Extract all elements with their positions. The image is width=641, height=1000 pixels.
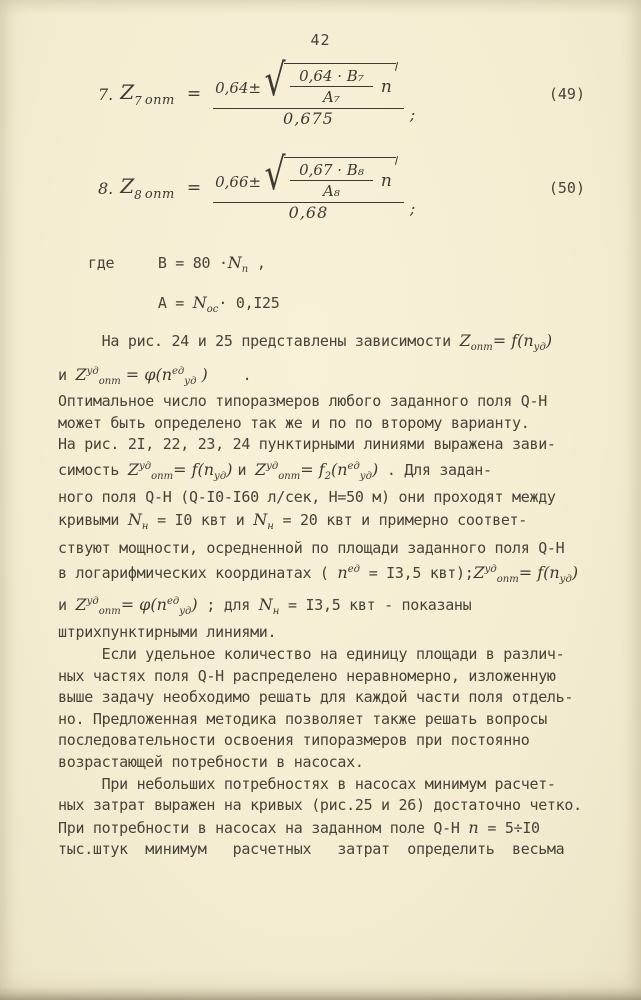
typed-text: и (58, 596, 75, 614)
text-line: ных затрат выражен на кривых (рис.25 и 2… (58, 795, 582, 817)
handwritten-text: Z (255, 460, 266, 479)
text-line: Если удельное количество на единицу площ… (58, 644, 582, 666)
typed-text: На рис. 24 и 25 представлены зависимости (58, 332, 460, 350)
text-line: тыс.штук минимум расчетных затрат опреде… (58, 839, 582, 861)
handwritten-text: уд (214, 471, 226, 482)
root-power: n (381, 77, 392, 97)
inner-numerator: 0,67 · B₈ (290, 161, 373, 181)
handwritten-text: уд (139, 461, 151, 472)
scan-edge-shadow (0, 987, 641, 1000)
lhs-subscript: 8 (134, 188, 142, 202)
radical-sign-icon: √ (265, 61, 286, 101)
page-number: 42 (0, 31, 641, 49)
handwritten-text: ос (207, 304, 219, 315)
typed-text: . Для задан- (378, 461, 492, 479)
handwritten-text: опт (99, 376, 121, 387)
typed-text: При небольших потребностях в насосах мин… (58, 775, 556, 793)
typed-text: , (248, 254, 265, 272)
typed-text: тыс.штук минимум расчетных затрат опреде… (58, 840, 564, 858)
inner-fraction: 0,64 · B₇ A₇ (290, 67, 373, 106)
equation-49: 7. Z7опт = 0,64± √ 0,64 · B₇ A₇ n 0,675 (0, 60, 641, 128)
handwritten-text: ед (172, 366, 184, 377)
typed-text: где B = 80 · (88, 254, 228, 272)
coefficient: 0,64± (215, 79, 261, 106)
equation-punctuation: ; (410, 199, 415, 218)
lhs-opt-label: опт (145, 93, 175, 108)
typed-text: и (58, 366, 75, 384)
text-line: где B = 80 ·Nп , (88, 246, 280, 286)
radicand: 0,67 · B₈ A₈ n (284, 157, 396, 200)
handwritten-text: N (228, 253, 242, 272)
handwritten-text: N (128, 510, 142, 529)
text-line: и Zудопт = φ(nедуд ) . (58, 360, 552, 394)
radicand: 0,64 · B₇ A₇ n (284, 63, 396, 106)
text-line: выше задачу необходимо решать для каждой… (58, 687, 582, 709)
inner-denominator: A₇ (290, 87, 373, 106)
root-power: n (381, 171, 392, 191)
equation-lhs: Z7опт (120, 80, 175, 108)
typed-text: = 20 квт и примерно соответ- (274, 511, 527, 529)
inner-denominator: A₈ (290, 181, 373, 200)
handwritten-text: = φ(n (121, 595, 167, 614)
handwritten-text: н (267, 521, 274, 532)
handwritten-text: уд (87, 366, 99, 377)
lhs-symbol: Z (120, 80, 134, 104)
handwritten-text: ед (348, 461, 360, 472)
handwritten-text: опт (278, 471, 300, 482)
inner-numerator: 0,64 · B₇ (290, 67, 373, 87)
equation-number: (49) (549, 85, 585, 103)
text-line: и Zудопт= φ(nедуд) ; для Nн = I3,5 квт -… (58, 591, 582, 623)
handwritten-text: ) (572, 563, 578, 582)
handwritten-text: ) (546, 331, 552, 350)
equation-lhs: Z8опт (120, 174, 175, 202)
text-line: ных частях поля Q-Н распределено неравно… (58, 666, 582, 688)
handwritten-text: Z (75, 595, 86, 614)
equation-index: 7. (98, 85, 113, 104)
text-line: в логарифмических координатах ( nед = I3… (58, 559, 582, 591)
handwritten-text: уд (179, 606, 191, 617)
typed-text: симость (58, 461, 128, 479)
typed-text: ного поля Q-Н (Q-I0-I60 л/сек, Н=50 м) о… (58, 488, 556, 506)
fraction-denominator: 0,675 (283, 106, 334, 128)
handwritten-text: опт (497, 574, 519, 585)
fraction-numerator: 0,66± √ 0,67 · B₈ A₈ n (213, 154, 404, 203)
handwritten-text: ед (348, 564, 360, 575)
text-line: последовательности освоения типоразмеров… (58, 730, 582, 752)
handwritten-text: опт (151, 471, 173, 482)
text-line: штрихпунктирными линиями. (58, 622, 582, 644)
handwritten-text: ед (167, 596, 179, 607)
typed-text: кривыми (58, 511, 128, 529)
typed-text: = 5÷I0 (479, 819, 540, 837)
typed-text: Если удельное количество на единицу площ… (58, 645, 564, 663)
lhs-subscript: 7 (134, 94, 142, 108)
handwritten-text: уд (560, 574, 572, 585)
fraction: 0,64± √ 0,64 · B₇ A₇ n 0,675 (213, 60, 404, 128)
handwritten-text: уд (534, 342, 546, 353)
typed-text: Оптимальное число типоразмеров любого за… (58, 392, 547, 410)
inner-fraction: 0,67 · B₈ A₈ (290, 161, 373, 200)
typed-text: ствуют мощности, осредненной по площади … (58, 539, 564, 557)
handwritten-text: = f(n (173, 460, 214, 479)
fraction-denominator: 0,68 (289, 200, 329, 222)
text-line: При небольших потребностях в насосах мин… (58, 774, 582, 796)
typed-text: и (238, 461, 255, 479)
handwritten-text: n (337, 563, 347, 582)
text-line: А = Nос· 0,I25 (88, 286, 280, 326)
typed-text: На рис. 2I, 22, 23, 24 пунктирными линия… (58, 435, 556, 453)
equation-punctuation: ; (410, 105, 415, 124)
equation-50: 8. Z8опт = 0,66± √ 0,67 · B₈ A₈ n 0,68 (0, 154, 641, 222)
handwritten-text: N (253, 510, 267, 529)
handwritten-text: ) (196, 365, 207, 384)
typed-text: А = (88, 294, 193, 312)
handwritten-text: (n (331, 460, 348, 479)
handwritten-text: ) (226, 460, 237, 479)
typed-text: ных частях поля Q-Н распределено неравно… (58, 667, 556, 685)
typed-text: = I3,5 квт - показаны (279, 596, 471, 614)
typed-text: = I3,5 квт); (360, 564, 474, 582)
typed-text: выше задачу необходимо решать для каждой… (58, 688, 573, 706)
text-line: Оптимальное число типоразмеров любого за… (58, 391, 582, 413)
typed-text: При потребности в насосах на заданном по… (58, 819, 468, 837)
handwritten-text: = f (300, 460, 324, 479)
scanned-paper-page: 42 7. Z7опт = 0,64± √ 0,64 · B₇ A₇ n (0, 0, 641, 1000)
text-line: кривыми Nн = I0 квт и Nн = 20 квт и прим… (58, 509, 582, 538)
typed-text: . (208, 366, 252, 384)
typed-text: = I0 квт и (148, 511, 253, 529)
text-line: На рис. 2I, 22, 23, 24 пунктирными линия… (58, 434, 582, 456)
handwritten-text: = f(n (493, 331, 534, 350)
typed-text: в логарифмических координатах ( (58, 564, 337, 582)
handwritten-text: Z (460, 331, 471, 350)
handwritten-text: N (193, 293, 207, 312)
handwritten-text: опт (99, 606, 121, 617)
handwritten-text: уд (485, 564, 497, 575)
text-line: возрастающей потребности в насосах. (58, 752, 582, 774)
fraction-numerator: 0,64± √ 0,64 · B₇ A₇ n (213, 60, 404, 109)
fraction: 0,66± √ 0,67 · B₈ A₈ n 0,68 (213, 154, 404, 222)
typed-text: возрастающей потребности в насосах. (58, 753, 364, 771)
handwritten-text: уд (266, 461, 278, 472)
handwritten-text: уд (184, 376, 196, 387)
where-definitions: где B = 80 ·Nп , А = Nос· 0,I25 (88, 246, 280, 326)
lhs-symbol: Z (120, 174, 134, 198)
handwritten-text: Z (473, 563, 484, 582)
handwritten-text: Z (75, 365, 86, 384)
coefficient: 0,66± (215, 173, 261, 200)
text-line: но. Предложенная методика позволяет такж… (58, 709, 582, 731)
handwritten-text: опт (471, 342, 493, 353)
equation-index: 8. (98, 179, 113, 198)
text-line: симость Zудопт= f(nуд) и Zудопт= f2(nеду… (58, 456, 582, 488)
text-line: ного поля Q-Н (Q-I0-I60 л/сек, Н=50 м) о… (58, 487, 582, 509)
handwritten-text: = φ(n (121, 365, 172, 384)
equals-sign: = (187, 178, 201, 198)
equals-sign: = (187, 84, 201, 104)
handwritten-text: Z (128, 460, 139, 479)
typed-text: штрихпунктирными линиями. (58, 623, 276, 641)
body-paragraphs: Оптимальное число типоразмеров любого за… (58, 391, 582, 861)
handwritten-text: уд (87, 596, 99, 607)
radical: √ 0,64 · B₇ A₇ n (261, 61, 396, 106)
typed-text: но. Предложенная методика позволяет такж… (58, 710, 547, 728)
handwritten-text: n (468, 818, 478, 837)
handwritten-text: = f(n (519, 563, 560, 582)
radical-sign-icon: √ (265, 155, 286, 195)
typed-text: ; для (198, 596, 259, 614)
handwritten-text: N (259, 595, 273, 614)
radical: √ 0,67 · B₈ A₈ n (261, 155, 396, 200)
text-line: На рис. 24 и 25 представлены зависимости… (58, 329, 552, 360)
typed-text: · 0,I25 (218, 294, 279, 312)
typed-text: ных затрат выражен на кривых (рис.25 и 2… (58, 796, 582, 814)
text-line: может быть определено так же и по по вто… (58, 413, 582, 435)
lhs-opt-label: опт (145, 187, 175, 202)
typed-text: последовательности освоения типоразмеров… (58, 731, 529, 749)
equation-number: (50) (549, 179, 585, 197)
intro-paragraph: На рис. 24 и 25 представлены зависимости… (58, 329, 552, 394)
handwritten-text: уд (360, 471, 372, 482)
typed-text: может быть определено так же и по по вто… (58, 414, 529, 432)
text-line: ствуют мощности, осредненной по площади … (58, 538, 582, 560)
text-line: При потребности в насосах на заданном по… (58, 817, 582, 840)
